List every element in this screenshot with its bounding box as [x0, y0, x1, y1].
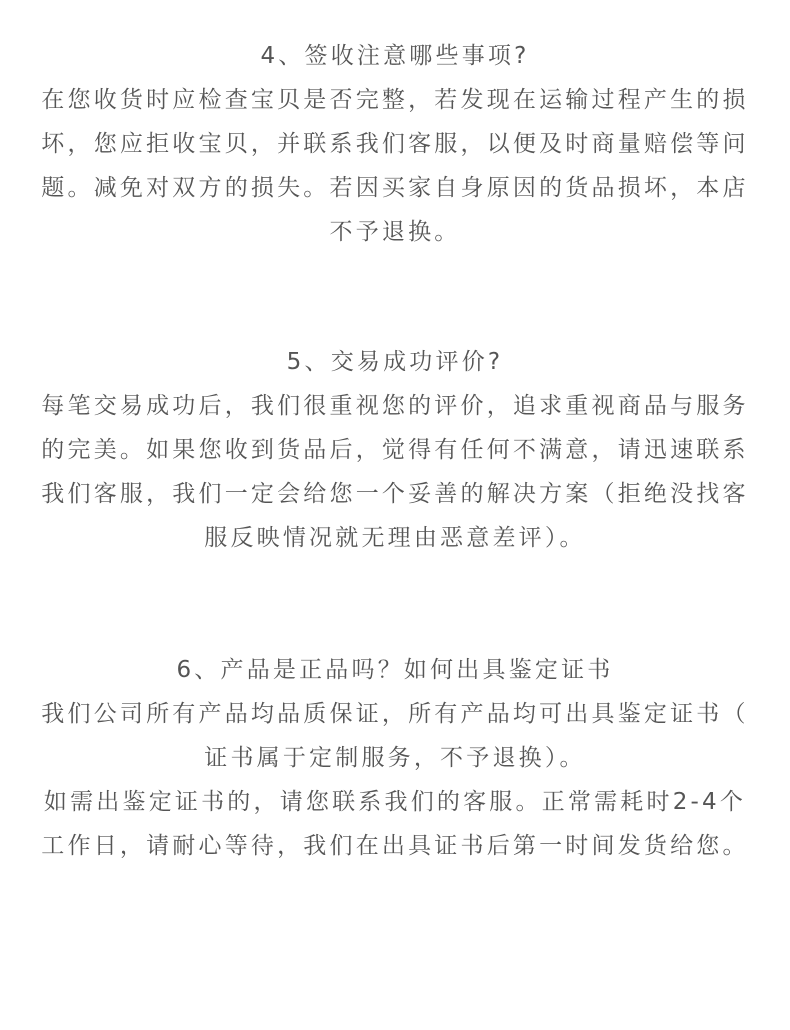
section-text-line: 如需出鉴定证书的，请您联系我们的客服。正常需耗时2-4个	[0, 787, 790, 817]
section-text-line: 我们公司所有产品均品质保证，所有产品均可出具鉴定证书（	[0, 699, 790, 729]
section-text-line: 坏，您应拒收宝贝，并联系我们客服，以便及时商量赔偿等问	[0, 129, 790, 159]
section-text-line: 题。减免对双方的损失。若因买家自身原因的货品损坏，本店	[0, 173, 790, 203]
section-text-line: 每笔交易成功后，我们很重视您的评价，追求重视商品与服务	[0, 391, 790, 421]
section-text-line: 服反映情况就无理由恶意差评）。	[0, 523, 790, 553]
section-text-line: 我们客服，我们一定会给您一个妥善的解决方案（拒绝没找客	[0, 479, 790, 509]
section-text-line: 在您收货时应检查宝贝是否完整，若发现在运输过程产生的损	[0, 85, 790, 115]
section-title: 5、交易成功评价?	[0, 347, 790, 377]
section-text-line: 工作日，请耐心等待，我们在出具证书后第一时间发货给您。	[0, 831, 790, 861]
section-title: 6、产品是正品吗？如何出具鉴定证书	[0, 655, 790, 685]
section-title: 4、签收注意哪些事项?	[0, 41, 790, 71]
section-text-line: 的完美。如果您收到货品后，觉得有任何不满意，请迅速联系	[0, 435, 790, 465]
section-text-line: 不予退换。	[0, 217, 790, 247]
section-text-line: 证书属于定制服务，不予退换）。	[0, 743, 790, 773]
